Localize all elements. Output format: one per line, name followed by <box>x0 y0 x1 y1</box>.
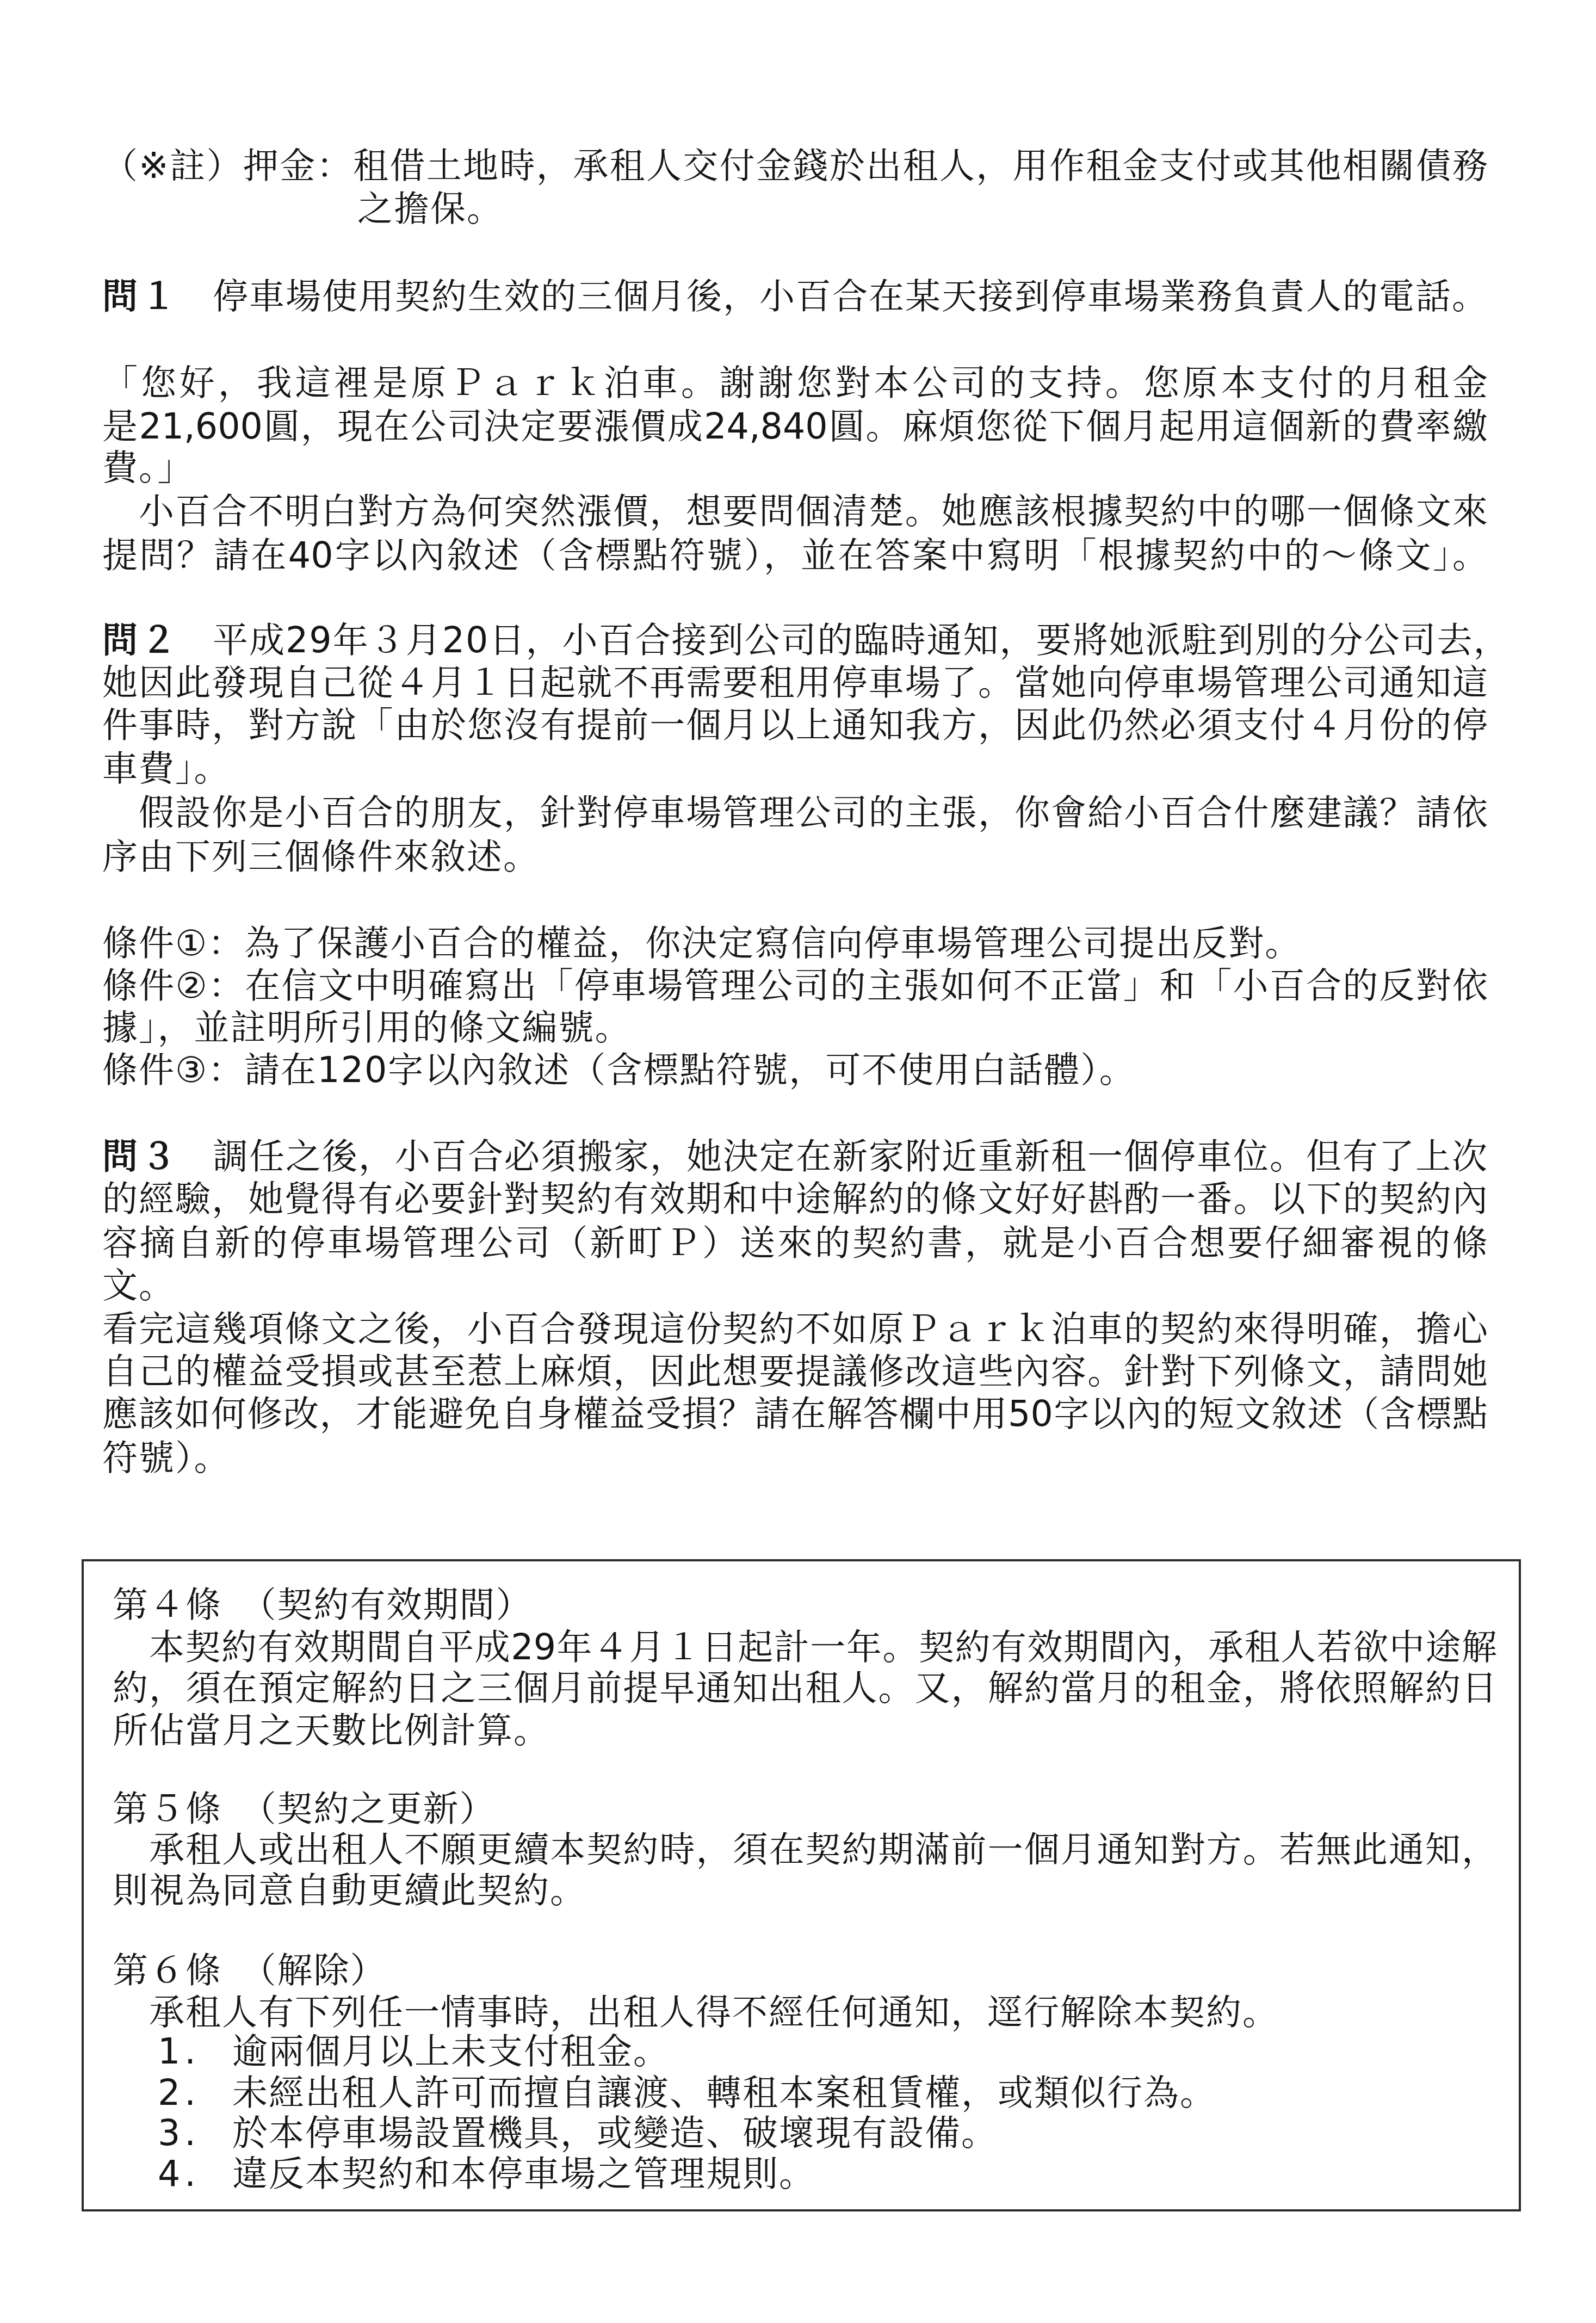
article-6-item: 1.逾兩個月以上未支付租金。 <box>158 2031 1496 2073</box>
question-1-label: 問１ <box>102 275 213 319</box>
question-1-line-3: 是21,600圓，現在公司決定要漲價成24,840圓。麻煩您從下個月起用這個新的… <box>102 405 1488 449</box>
question-3-line-3: 容摘自新的停車場管理公司（新町Ｐ）送來的契約書，就是小百合想要仔細審視的條 <box>102 1222 1488 1265</box>
note-line-2: 之擔保。 <box>102 188 1488 231</box>
condition-2: 條件②：在信文中明確寫出「停車場管理公司的主張如何不正當」和「小百合的反對依 <box>102 965 1488 1008</box>
item-text: 於本停車場設置機具，或變造、破壞現有設備。 <box>232 2113 998 2154</box>
note-line-1: （※註）押金：租借土地時，承租人交付金錢於出租人，用作租金支付或其他相關債務 <box>102 145 1488 188</box>
question-2-line-3: 件事時，對方說「由於您沒有提前一個月以上通知我方，因此仍然必須支付４月份的停 <box>102 704 1488 747</box>
question-2-line-4: 車費」。 <box>102 747 1488 791</box>
question-1-line-6: 提問？請在40字以內敘述（含標點符號），並在答案中寫明「根據契約中的～條文」。 <box>102 534 1488 578</box>
article-4-line-2: 約，須在預定解約日之三個月前提早通知出租人。又，解約當月的租金，將依照解約日 <box>113 1668 1497 1709</box>
article-4-line-1: 本契約有效期間自平成29年４月１日起計一年。契約有效期間內，承租人若欲中途解 <box>113 1627 1497 1669</box>
article-5-line-1: 承租人或出租人不願更續本契約時，須在契約期滿前一個月通知對方。若無此通知， <box>113 1830 1497 1871</box>
question-1-line-1: 停車場使用契約生效的三個月後，小百合在某天接到停車場業務負責人的電話。 <box>213 275 1488 319</box>
question-1-line-2: 「您好，我這裡是原Ｐａｒｋ泊車。謝謝您對本公司的支持。您原本支付的月租金 <box>102 362 1488 405</box>
question-1-heading: 問１ 停車場使用契約生效的三個月後，小百合在某天接到停車場業務負責人的電話。 <box>102 275 1488 319</box>
item-number: 4. <box>158 2154 232 2195</box>
item-number: 2. <box>158 2073 232 2114</box>
item-text: 逾兩個月以上未支付租金。 <box>232 2031 670 2072</box>
question-2-label: 問２ <box>102 619 213 663</box>
question-3-line-5: 看完這幾項條文之後，小百合發現這份契約不如原Ｐａｒｋ泊車的契約來得明確，擔心 <box>102 1308 1488 1351</box>
item-text: 違反本契約和本停車場之管理規則。 <box>232 2154 815 2195</box>
question-3-line-1: 調任之後，小百合必須搬家，她決定在新家附近重新租一個停車位。但有了上次 <box>213 1135 1488 1179</box>
question-3-label: 問３ <box>102 1135 213 1179</box>
item-text: 未經出租人許可而擅自讓渡、轉租本案租賃權，或類似行為。 <box>232 2073 1216 2114</box>
question-3-line-2: 的經驗，她覺得有必要針對契約有效期和中途解約的條文好好斟酌一番。以下的契約內 <box>102 1178 1488 1221</box>
item-number: 3. <box>158 2113 232 2154</box>
article-4-heading: 第４條 （契約有效期間） <box>113 1585 1497 1626</box>
question-2-line-2: 她因此發現自己從４月１日起就不再需要租用停車場了。當她向停車場管理公司通知這 <box>102 662 1488 705</box>
question-3-line-7: 應該如何修改，才能避免自身權益受損？請在解答欄中用50字以內的短文敘述（含標點 <box>102 1393 1488 1436</box>
question-3-line-4: 文。 <box>102 1264 1488 1308</box>
condition-1: 條件①：為了保護小百合的權益，你決定寫信向停車場管理公司提出反對。 <box>102 922 1488 966</box>
question-3-line-8: 符號）。 <box>102 1437 1488 1480</box>
article-5-heading: 第５條 （契約之更新） <box>113 1789 1497 1830</box>
article-6-item: 2.未經出租人許可而擅自讓渡、轉租本案租賃權，或類似行為。 <box>158 2073 1496 2114</box>
question-3-heading: 問３ 調任之後，小百合必須搬家，她決定在新家附近重新租一個停車位。但有了上次 <box>102 1135 1488 1179</box>
question-2-line-1: 平成29年３月20日，小百合接到公司的臨時通知，要將她派駐到別的分公司去， <box>213 619 1510 663</box>
question-2-line-5: 假設你是小百合的朋友，針對停車場管理公司的主張，你會給小百合什麼建議？請依 <box>102 792 1488 835</box>
question-2-heading: 問２ 平成29年３月20日，小百合接到公司的臨時通知，要將她派駐到別的分公司去， <box>102 619 1488 663</box>
question-1-line-4: 費。」 <box>102 447 1488 490</box>
article-6-heading: 第６條 （解除） <box>113 1950 1497 1992</box>
article-6-item: 3.於本停車場設置機具，或變造、破壞現有設備。 <box>158 2113 1496 2154</box>
article-4-line-3: 所佔當月之天數比例計算。 <box>113 1710 1497 1752</box>
question-3-line-6: 自己的權益受損或甚至惹上麻煩，因此想要提議修改這些內容。針對下列條文，請問她 <box>102 1350 1488 1394</box>
article-6-item: 4.違反本契約和本停車場之管理規則。 <box>158 2154 1496 2195</box>
condition-3: 條件③：請在120字以內敘述（含標點符號，可不使用白話體）。 <box>102 1049 1488 1092</box>
question-2-line-6: 序由下列三個條件來敘述。 <box>102 836 1488 879</box>
article-5-line-2: 則視為同意自動更續此契約。 <box>113 1870 1497 1912</box>
item-number: 1. <box>158 2031 232 2073</box>
question-1-line-5: 小百合不明白對方為何突然漲價，想要問個清楚。她應該根據契約中的哪一個條文來 <box>102 490 1488 534</box>
article-6-line-1: 承租人有下列任一情事時，出租人得不經任何通知，逕行解除本契約。 <box>113 1992 1497 2034</box>
condition-2-continued: 據」，並註明所引用的條文編號。 <box>102 1006 1488 1050</box>
